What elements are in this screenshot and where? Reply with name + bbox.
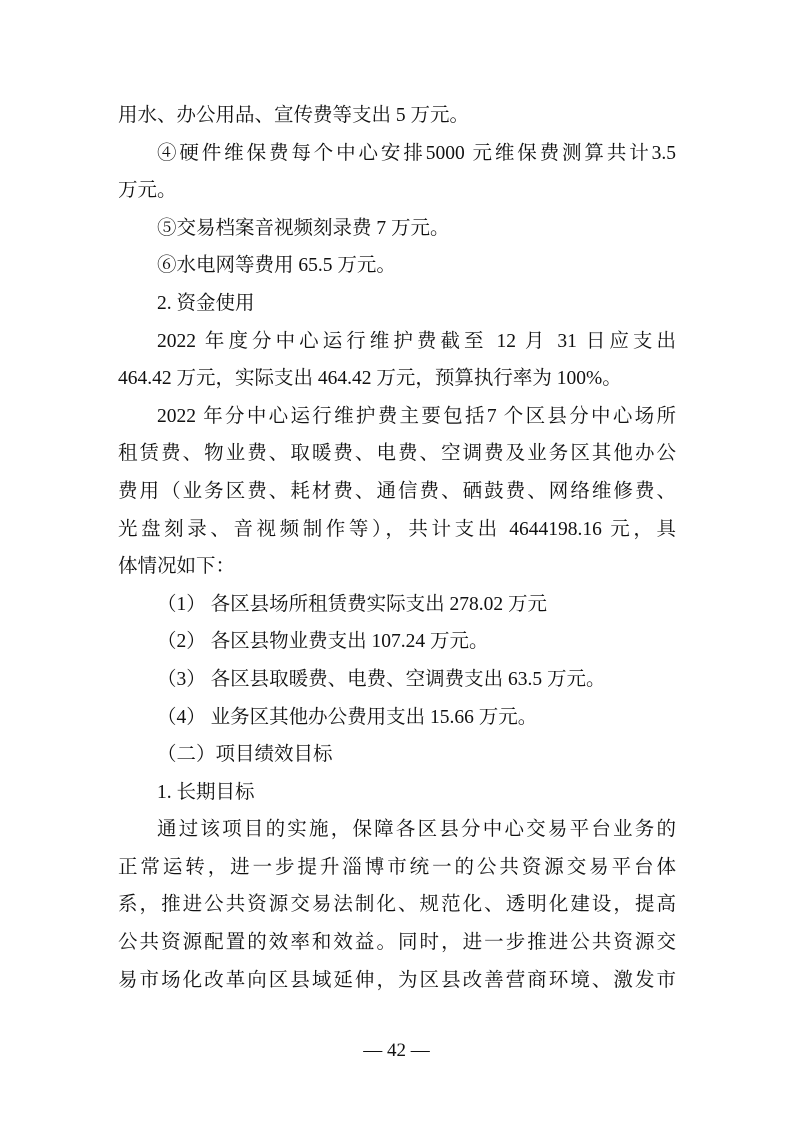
text-line: 体情况如下： <box>118 548 676 586</box>
text-line: 万元。 <box>118 172 676 210</box>
text-line: （2） 各区县物业费支出 107.24 万元。 <box>118 623 676 661</box>
text-line: （3） 各区县取暖费、电费、空调费支出 63.5 万元。 <box>118 661 676 699</box>
text-line: 公共资源配置的效率和效益。同时，进一步推进公共资源交 <box>118 924 676 962</box>
document-body: 用水、办公用品、宣传费等支出 5 万元。 ④硬件维保费每个中心安排5000 元维… <box>118 97 676 999</box>
text-line: （1） 各区县场所租赁费实际支出 278.02 万元 <box>118 586 676 624</box>
page-number: — 42 — <box>0 1040 793 1062</box>
text-line: ④硬件维保费每个中心安排5000 元维保费测算共计3.5 <box>118 135 676 173</box>
text-line: 464.42 万元，实际支出 464.42 万元，预算执行率为 100%。 <box>118 360 676 398</box>
text-line: ⑤交易档案音视频刻录费 7 万元。 <box>118 210 676 248</box>
text-line: 用水、办公用品、宣传费等支出 5 万元。 <box>118 97 676 135</box>
text-line: 租赁费、物业费、取暖费、电费、空调费及业务区其他办公 <box>118 435 676 473</box>
document-page: 用水、办公用品、宣传费等支出 5 万元。 ④硬件维保费每个中心安排5000 元维… <box>0 0 793 1122</box>
text-line: ⑥水电网等费用 65.5 万元。 <box>118 247 676 285</box>
text-line: 费用（业务区费、耗材费、通信费、硒鼓费、网络维修费、 <box>118 473 676 511</box>
text-line: 2022 年度分中心运行维护费截至 12 月 31 日应支出 <box>118 323 676 361</box>
text-line: 通过该项目的实施，保障各区县分中心交易平台业务的 <box>118 811 676 849</box>
text-line: 易市场化改革向区县域延伸，为区县改善营商环境、激发市 <box>118 962 676 1000</box>
text-line: （4） 业务区其他办公费用支出 15.66 万元。 <box>118 699 676 737</box>
text-line: 2022 年分中心运行维护费主要包括7 个区县分中心场所 <box>118 398 676 436</box>
text-line: 1. 长期目标 <box>118 774 676 812</box>
text-line: （二）项目绩效目标 <box>118 736 676 774</box>
text-line: 2. 资金使用 <box>118 285 676 323</box>
text-line: 系，推进公共资源交易法制化、规范化、透明化建设，提高 <box>118 886 676 924</box>
text-line: 光盘刻录、音视频制作等），共计支出 4644198.16 元，具 <box>118 511 676 549</box>
text-line: 正常运转，进一步提升淄博市统一的公共资源交易平台体 <box>118 849 676 887</box>
